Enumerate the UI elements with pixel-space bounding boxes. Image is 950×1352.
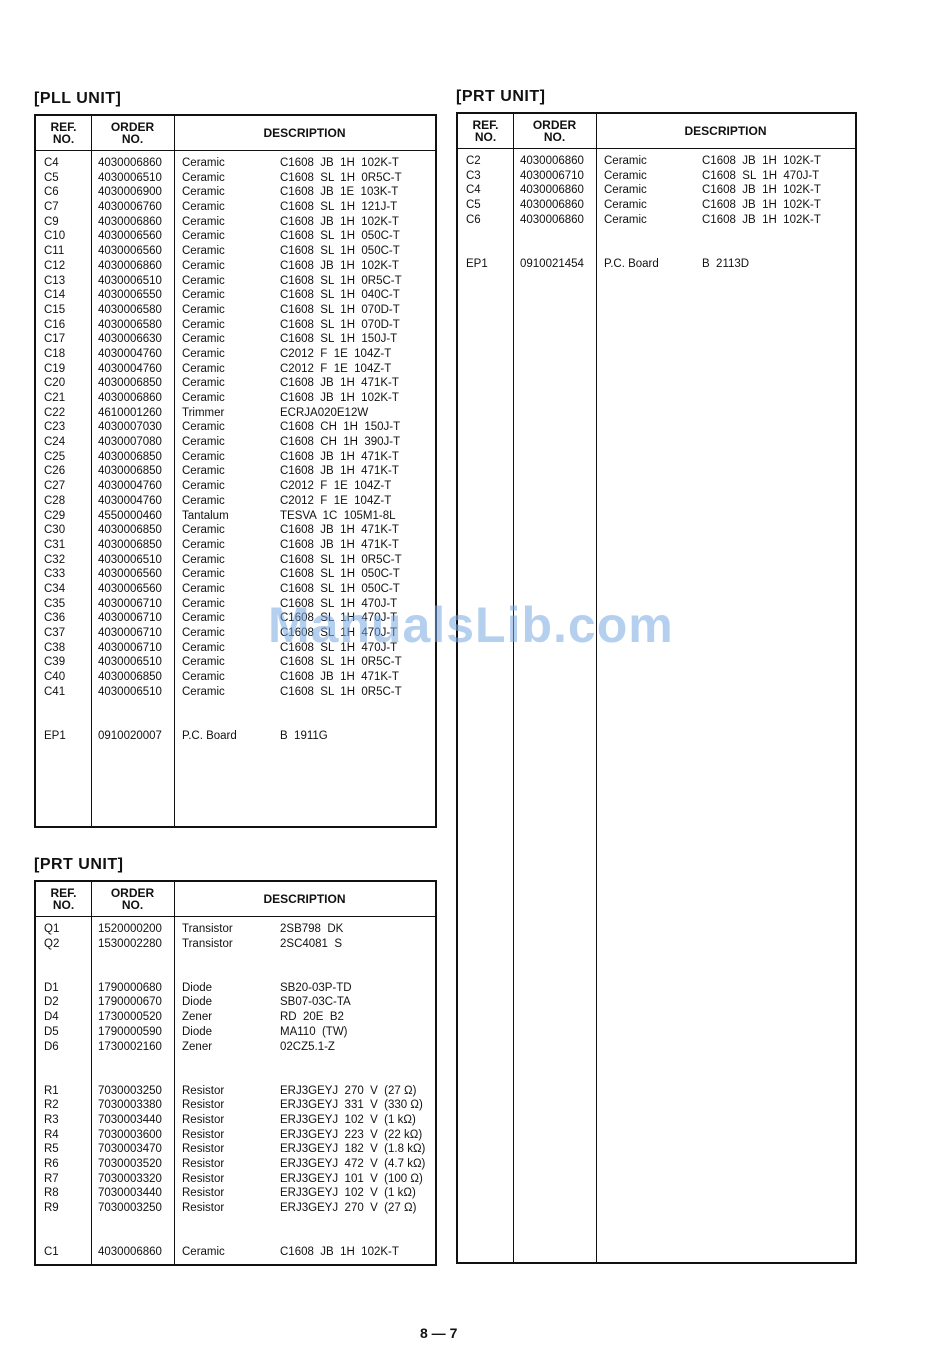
part-type: Diode xyxy=(182,995,212,1010)
table-row: C36 4030006710 Ceramic C1608 SL 1H 470J-… xyxy=(36,611,435,626)
part-type: Diode xyxy=(182,1025,212,1040)
ref-no: EP1 xyxy=(44,729,66,744)
order-no: 4030006710 xyxy=(98,597,162,612)
part-spec: SB07-03C-TA xyxy=(280,995,351,1010)
table-row: C33 4030006560 Ceramic C1608 SL 1H 050C-… xyxy=(36,567,435,582)
ref-no: Q2 xyxy=(44,937,59,952)
part-type: Ceramic xyxy=(182,362,225,377)
ref-no: C23 xyxy=(44,420,65,435)
order-no: 4030006560 xyxy=(98,244,162,259)
prt-unit-right-title: [PRT UNIT] xyxy=(456,88,545,106)
table-row: R4 7030003600 Resistor ERJ3GEYJ 223 V (2… xyxy=(36,1128,435,1143)
part-spec: C2012 F 1E 104Z-T xyxy=(280,494,391,509)
order-no: 7030003440 xyxy=(98,1186,162,1201)
order-no: 4030006860 xyxy=(520,213,584,228)
part-spec: C1608 JB 1H 102K-T xyxy=(280,259,399,274)
table-body: Q1 1520000200 Transistor 2SB798 DK Q2 15… xyxy=(36,922,435,1260)
ref-no: R7 xyxy=(44,1172,59,1187)
prt-unit-bottom-table: REF.NO. ORDERNO. DESCRIPTION Q1 15200002… xyxy=(34,880,437,1266)
part-type: Resistor xyxy=(182,1201,224,1216)
ref-no: C15 xyxy=(44,303,65,318)
header-order-no: ORDERNO. xyxy=(91,882,174,916)
part-spec: C1608 JB 1H 102K-T xyxy=(702,183,821,198)
table-row: C5 4030006510 Ceramic C1608 SL 1H 0R5C-T xyxy=(36,171,435,186)
order-no: 0910021454 xyxy=(520,257,584,272)
ref-no: C36 xyxy=(44,611,65,626)
ref-no: C5 xyxy=(466,198,481,213)
ref-no: D4 xyxy=(44,1010,59,1025)
part-type: Ceramic xyxy=(182,479,225,494)
header-order-no: ORDERNO. xyxy=(91,116,174,150)
table-row: C22 4610001260 Trimmer ECRJA020E12W xyxy=(36,406,435,421)
table-row: C41 4030006510 Ceramic C1608 SL 1H 0R5C-… xyxy=(36,685,435,700)
ref-no: C31 xyxy=(44,538,65,553)
part-spec: C1608 CH 1H 150J-T xyxy=(280,420,400,435)
part-spec: C2012 F 1E 104Z-T xyxy=(280,362,391,377)
part-spec: 2SB798 DK xyxy=(280,922,343,937)
part-spec: ERJ3GEYJ 270 V (27 Ω) xyxy=(280,1084,416,1099)
part-spec: 2SC4081 S xyxy=(280,937,342,952)
header-description: DESCRIPTION xyxy=(174,116,435,150)
order-no: 4030006580 xyxy=(98,303,162,318)
table-row: D2 1790000670 Diode SB07-03C-TA xyxy=(36,995,435,1010)
order-no: 4030006710 xyxy=(98,626,162,641)
part-type: Resistor xyxy=(182,1128,224,1143)
ref-no: C37 xyxy=(44,626,65,641)
order-no: 4030006560 xyxy=(98,567,162,582)
order-no: 4030007080 xyxy=(98,435,162,450)
ref-no: C28 xyxy=(44,494,65,509)
part-spec: ERJ3GEYJ 331 V (330 Ω) xyxy=(280,1098,423,1113)
order-no: 4030006710 xyxy=(520,169,584,184)
ref-no: C30 xyxy=(44,523,65,538)
part-spec: C1608 JB 1E 103K-T xyxy=(280,185,398,200)
part-type: Ceramic xyxy=(182,450,225,465)
order-no: 4030006860 xyxy=(98,215,162,230)
order-no: 4030006900 xyxy=(98,185,162,200)
part-type: Ceramic xyxy=(182,420,225,435)
order-no: 4030006560 xyxy=(98,229,162,244)
part-spec: ERJ3GEYJ 270 V (27 Ω) xyxy=(280,1201,416,1216)
pll-unit-title: [PLL UNIT] xyxy=(34,90,121,108)
ref-no: C9 xyxy=(44,215,59,230)
order-no: 4030006710 xyxy=(98,641,162,656)
order-no: 1730002160 xyxy=(98,1040,162,1055)
part-type: Ceramic xyxy=(182,215,225,230)
part-type: P.C. Board xyxy=(604,257,659,272)
header-ref-no: REF.NO. xyxy=(458,114,513,148)
part-spec: ERJ3GEYJ 102 V (1 kΩ) xyxy=(280,1186,416,1201)
part-type: Zener xyxy=(182,1040,212,1055)
table-row: D1 1790000680 Diode SB20-03P-TD xyxy=(36,981,435,996)
part-type: Ceramic xyxy=(182,685,225,700)
ref-no: C39 xyxy=(44,655,65,670)
page-number: 8 — 7 xyxy=(420,1325,457,1341)
order-no: 4030006510 xyxy=(98,655,162,670)
part-spec: C1608 SL 1H 470J-T xyxy=(280,611,397,626)
part-spec: SB20-03P-TD xyxy=(280,981,352,996)
order-no: 4030006850 xyxy=(98,523,162,538)
part-spec: C1608 JB 1H 102K-T xyxy=(702,198,821,213)
ref-no: R3 xyxy=(44,1113,59,1128)
order-no: 4030006630 xyxy=(98,332,162,347)
part-type: Ceramic xyxy=(182,1245,225,1260)
ref-no: C20 xyxy=(44,376,65,391)
order-no: 4030006510 xyxy=(98,685,162,700)
part-type: Resistor xyxy=(182,1186,224,1201)
order-no: 4030006860 xyxy=(98,259,162,274)
ref-no: R5 xyxy=(44,1142,59,1157)
table-row: C4 4030006860 Ceramic C1608 JB 1H 102K-T xyxy=(36,156,435,171)
prt-unit-right-table: REF.NO. ORDERNO. DESCRIPTION C2 40300068… xyxy=(456,112,857,1264)
table-row: C20 4030006850 Ceramic C1608 JB 1H 471K-… xyxy=(36,376,435,391)
table-row: C39 4030006510 Ceramic C1608 SL 1H 0R5C-… xyxy=(36,655,435,670)
part-type: Ceramic xyxy=(182,597,225,612)
part-type: Ceramic xyxy=(182,538,225,553)
order-no: 4030006860 xyxy=(98,391,162,406)
part-spec: C1608 SL 1H 150J-T xyxy=(280,332,397,347)
table-row: C30 4030006850 Ceramic C1608 JB 1H 471K-… xyxy=(36,523,435,538)
part-type: Transistor xyxy=(182,922,233,937)
ref-no: C12 xyxy=(44,259,65,274)
part-spec: C1608 SL 1H 070D-T xyxy=(280,318,400,333)
order-no: 1790000670 xyxy=(98,995,162,1010)
table-row: Q1 1520000200 Transistor 2SB798 DK xyxy=(36,922,435,937)
ref-no: D6 xyxy=(44,1040,59,1055)
order-no: 4030004760 xyxy=(98,494,162,509)
table-row: C23 4030007030 Ceramic C1608 CH 1H 150J-… xyxy=(36,420,435,435)
part-spec: ECRJA020E12W xyxy=(280,406,368,421)
table-row: C9 4030006860 Ceramic C1608 JB 1H 102K-T xyxy=(36,215,435,230)
part-spec: C1608 JB 1H 471K-T xyxy=(280,670,399,685)
part-type: Ceramic xyxy=(182,171,225,186)
part-type: Resistor xyxy=(182,1098,224,1113)
part-spec: ERJ3GEYJ 223 V (22 kΩ) xyxy=(280,1128,422,1143)
part-spec: 02CZ5.1-Z xyxy=(280,1040,335,1055)
ref-no: Q1 xyxy=(44,922,59,937)
part-type: Ceramic xyxy=(604,198,647,213)
order-no: 7030003250 xyxy=(98,1201,162,1216)
order-no: 4030006580 xyxy=(98,318,162,333)
table-header: REF.NO. ORDERNO. DESCRIPTION xyxy=(36,116,435,151)
table-row: R5 7030003470 Resistor ERJ3GEYJ 182 V (1… xyxy=(36,1142,435,1157)
part-spec: MA110 (TW) xyxy=(280,1025,348,1040)
ref-no: R9 xyxy=(44,1201,59,1216)
table-row: D6 1730002160 Zener 02CZ5.1-Z xyxy=(36,1040,435,1055)
spacer-row xyxy=(458,242,855,257)
part-spec: C1608 JB 1H 102K-T xyxy=(280,391,399,406)
part-spec: TESVA 1C 105M1-8L xyxy=(280,509,395,524)
ref-no: C29 xyxy=(44,509,65,524)
table-row: C3 4030006710 Ceramic C1608 SL 1H 470J-T xyxy=(458,169,855,184)
part-type: Ceramic xyxy=(182,464,225,479)
order-no: 7030003250 xyxy=(98,1084,162,1099)
order-no: 7030003320 xyxy=(98,1172,162,1187)
part-type: Ceramic xyxy=(182,670,225,685)
ref-no: C6 xyxy=(466,213,481,228)
table-row: C15 4030006580 Ceramic C1608 SL 1H 070D-… xyxy=(36,303,435,318)
order-no: 4030004760 xyxy=(98,362,162,377)
table-row: C2 4030006860 Ceramic C1608 JB 1H 102K-T xyxy=(458,154,855,169)
part-spec: C2012 F 1E 104Z-T xyxy=(280,347,391,362)
part-spec: C1608 SL 1H 470J-T xyxy=(702,169,819,184)
part-type: Resistor xyxy=(182,1084,224,1099)
part-type: Diode xyxy=(182,981,212,996)
part-type: Zener xyxy=(182,1010,212,1025)
table-row: C7 4030006760 Ceramic C1608 SL 1H 121J-T xyxy=(36,200,435,215)
table-row: R8 7030003440 Resistor ERJ3GEYJ 102 V (1… xyxy=(36,1186,435,1201)
prt-unit-bottom-title: [PRT UNIT] xyxy=(34,856,123,874)
table-row: R3 7030003440 Resistor ERJ3GEYJ 102 V (1… xyxy=(36,1113,435,1128)
order-no: 4030006550 xyxy=(98,288,162,303)
part-type: Ceramic xyxy=(182,567,225,582)
part-spec: ERJ3GEYJ 182 V (1.8 kΩ) xyxy=(280,1142,425,1157)
table-row: C24 4030007080 Ceramic C1608 CH 1H 390J-… xyxy=(36,435,435,450)
header-order-no: ORDERNO. xyxy=(513,114,596,148)
part-spec: C1608 SL 1H 050C-T xyxy=(280,567,400,582)
ref-no: R6 xyxy=(44,1157,59,1172)
part-spec: C1608 SL 1H 050C-T xyxy=(280,582,400,597)
ref-no: C3 xyxy=(466,169,481,184)
part-spec: C1608 CH 1H 390J-T xyxy=(280,435,400,450)
part-type: P.C. Board xyxy=(182,729,237,744)
table-row: C17 4030006630 Ceramic C1608 SL 1H 150J-… xyxy=(36,332,435,347)
ref-no: C40 xyxy=(44,670,65,685)
order-no: 0910020007 xyxy=(98,729,162,744)
order-no: 4030004760 xyxy=(98,347,162,362)
column-divider xyxy=(513,114,514,1262)
order-no: 4030006760 xyxy=(98,200,162,215)
part-type: Ceramic xyxy=(604,213,647,228)
order-no: 4030006510 xyxy=(98,274,162,289)
order-no: 7030003440 xyxy=(98,1113,162,1128)
part-type: Tantalum xyxy=(182,509,229,524)
part-spec: ERJ3GEYJ 472 V (4.7 kΩ) xyxy=(280,1157,425,1172)
ref-no: C6 xyxy=(44,185,59,200)
part-spec: B 1911G xyxy=(280,729,328,744)
order-no: 7030003600 xyxy=(98,1128,162,1143)
order-no: 4030006860 xyxy=(520,183,584,198)
part-type: Ceramic xyxy=(182,494,225,509)
table-header: REF.NO. ORDERNO. DESCRIPTION xyxy=(36,882,435,917)
part-type: Trimmer xyxy=(182,406,224,421)
ref-no: C21 xyxy=(44,391,65,406)
table-row: C37 4030006710 Ceramic C1608 SL 1H 470J-… xyxy=(36,626,435,641)
part-spec: C1608 SL 1H 0R5C-T xyxy=(280,171,402,186)
part-spec: C1608 SL 1H 0R5C-T xyxy=(280,655,402,670)
table-row: R6 7030003520 Resistor ERJ3GEYJ 472 V (4… xyxy=(36,1157,435,1172)
order-no: 4030006710 xyxy=(98,611,162,626)
table-row: C6 4030006900 Ceramic C1608 JB 1E 103K-T xyxy=(36,185,435,200)
order-no: 4030006850 xyxy=(98,376,162,391)
table-row: C11 4030006560 Ceramic C1608 SL 1H 050C-… xyxy=(36,244,435,259)
ref-no: R4 xyxy=(44,1128,59,1143)
order-no: 4030006860 xyxy=(520,198,584,213)
ref-no: R8 xyxy=(44,1186,59,1201)
part-type: Ceramic xyxy=(182,318,225,333)
table-row: C34 4030006560 Ceramic C1608 SL 1H 050C-… xyxy=(36,582,435,597)
table-row: D5 1790000590 Diode MA110 (TW) xyxy=(36,1025,435,1040)
order-no: 7030003380 xyxy=(98,1098,162,1113)
part-type: Ceramic xyxy=(182,391,225,406)
part-type: Ceramic xyxy=(182,553,225,568)
part-type: Ceramic xyxy=(182,185,225,200)
order-no: 4030006860 xyxy=(98,156,162,171)
ref-no: D1 xyxy=(44,981,59,996)
order-no: 4030006850 xyxy=(98,670,162,685)
table-row: C12 4030006860 Ceramic C1608 JB 1H 102K-… xyxy=(36,259,435,274)
table-row: C35 4030006710 Ceramic C1608 SL 1H 470J-… xyxy=(36,597,435,612)
ref-no: C13 xyxy=(44,274,65,289)
part-type: Ceramic xyxy=(182,303,225,318)
table-row: R2 7030003380 Resistor ERJ3GEYJ 331 V (3… xyxy=(36,1098,435,1113)
order-no: 4030006510 xyxy=(98,553,162,568)
part-spec: C1608 JB 1H 471K-T xyxy=(280,376,399,391)
order-no: 4030006850 xyxy=(98,538,162,553)
part-spec: C1608 SL 1H 470J-T xyxy=(280,641,397,656)
part-spec: C1608 JB 1H 471K-T xyxy=(280,523,399,538)
part-type: Ceramic xyxy=(182,626,225,641)
order-no: 4030006850 xyxy=(98,450,162,465)
order-no: 4030006560 xyxy=(98,582,162,597)
part-spec: C1608 JB 1H 471K-T xyxy=(280,538,399,553)
ref-no: C7 xyxy=(44,200,59,215)
table-body: C4 4030006860 Ceramic C1608 JB 1H 102K-T… xyxy=(36,156,435,744)
table-row: C14 4030006550 Ceramic C1608 SL 1H 040C-… xyxy=(36,288,435,303)
ref-no: C1 xyxy=(44,1245,59,1260)
order-no: 1790000680 xyxy=(98,981,162,996)
part-type: Ceramic xyxy=(182,523,225,538)
table-row: C5 4030006860 Ceramic C1608 JB 1H 102K-T xyxy=(458,198,855,213)
ref-no: C16 xyxy=(44,318,65,333)
table-row: C28 4030004760 Ceramic C2012 F 1E 104Z-T xyxy=(36,494,435,509)
ref-no: C27 xyxy=(44,479,65,494)
order-no: 7030003520 xyxy=(98,1157,162,1172)
spacer-row xyxy=(36,951,435,966)
order-no: 7030003470 xyxy=(98,1142,162,1157)
part-type: Ceramic xyxy=(182,376,225,391)
part-spec: C1608 SL 1H 470J-T xyxy=(280,626,397,641)
ref-no: C5 xyxy=(44,171,59,186)
table-row: C19 4030004760 Ceramic C2012 F 1E 104Z-T xyxy=(36,362,435,377)
part-type: Ceramic xyxy=(182,332,225,347)
part-type: Ceramic xyxy=(182,655,225,670)
part-spec: C2012 F 1E 104Z-T xyxy=(280,479,391,494)
part-spec: C1608 SL 1H 050C-T xyxy=(280,244,400,259)
column-divider xyxy=(596,114,597,1262)
table-row: R7 7030003320 Resistor ERJ3GEYJ 101 V (1… xyxy=(36,1172,435,1187)
part-spec: ERJ3GEYJ 101 V (100 Ω) xyxy=(280,1172,423,1187)
part-spec: C1608 SL 1H 121J-T xyxy=(280,200,397,215)
spacer-row xyxy=(36,1054,435,1069)
table-row: D4 1730000520 Zener RD 20E B2 xyxy=(36,1010,435,1025)
table-row: C21 4030006860 Ceramic C1608 JB 1H 102K-… xyxy=(36,391,435,406)
part-spec: C1608 JB 1H 471K-T xyxy=(280,464,399,479)
ref-no: C11 xyxy=(44,244,64,259)
part-spec: C1608 SL 1H 0R5C-T xyxy=(280,274,402,289)
table-row: C40 4030006850 Ceramic C1608 JB 1H 471K-… xyxy=(36,670,435,685)
ref-no: D2 xyxy=(44,995,59,1010)
part-spec: C1608 SL 1H 0R5C-T xyxy=(280,553,402,568)
header-description: DESCRIPTION xyxy=(596,114,855,148)
part-spec: C1608 SL 1H 470J-T xyxy=(280,597,397,612)
part-spec: C1608 SL 1H 0R5C-T xyxy=(280,685,402,700)
order-no: 4030006860 xyxy=(98,1245,162,1260)
part-type: Ceramic xyxy=(182,259,225,274)
header-ref-no: REF.NO. xyxy=(36,116,91,150)
part-spec: B 2113D xyxy=(702,257,749,272)
ref-no: C38 xyxy=(44,641,65,656)
part-spec: C1608 SL 1H 070D-T xyxy=(280,303,400,318)
part-type: Ceramic xyxy=(182,274,225,289)
ref-no: EP1 xyxy=(466,257,488,272)
order-no: 1520000200 xyxy=(98,922,162,937)
table-row: C32 4030006510 Ceramic C1608 SL 1H 0R5C-… xyxy=(36,553,435,568)
order-no: 4030006510 xyxy=(98,171,162,186)
table-row: C27 4030004760 Ceramic C2012 F 1E 104Z-T xyxy=(36,479,435,494)
table-row: C6 4030006860 Ceramic C1608 JB 1H 102K-T xyxy=(458,213,855,228)
spacer-row xyxy=(36,966,435,981)
table-row: C26 4030006850 Ceramic C1608 JB 1H 471K-… xyxy=(36,464,435,479)
part-type: Ceramic xyxy=(182,347,225,362)
part-type: Ceramic xyxy=(604,169,647,184)
spacer-row xyxy=(36,1069,435,1084)
spacer-row xyxy=(36,714,435,729)
part-type: Ceramic xyxy=(604,154,647,169)
ref-no: C2 xyxy=(466,154,481,169)
table-row: EP1 0910020007 P.C. Board B 1911G xyxy=(36,729,435,744)
ref-no: C22 xyxy=(44,406,65,421)
ref-no: C26 xyxy=(44,464,65,479)
part-spec: C1608 SL 1H 050C-T xyxy=(280,229,400,244)
table-header: REF.NO. ORDERNO. DESCRIPTION xyxy=(458,114,855,149)
order-no: 4030006850 xyxy=(98,464,162,479)
part-type: Ceramic xyxy=(182,156,225,171)
order-no: 4030006860 xyxy=(520,154,584,169)
table-row: C38 4030006710 Ceramic C1608 SL 1H 470J-… xyxy=(36,641,435,656)
ref-no: C10 xyxy=(44,229,65,244)
table-row: R9 7030003250 Resistor ERJ3GEYJ 270 V (2… xyxy=(36,1201,435,1216)
part-type: Ceramic xyxy=(604,183,647,198)
part-spec: C1608 JB 1H 102K-T xyxy=(702,213,821,228)
table-row: C25 4030006850 Ceramic C1608 JB 1H 471K-… xyxy=(36,450,435,465)
part-type: Ceramic xyxy=(182,641,225,656)
part-type: Ceramic xyxy=(182,611,225,626)
ref-no: C4 xyxy=(44,156,59,171)
part-type: Ceramic xyxy=(182,200,225,215)
part-type: Resistor xyxy=(182,1172,224,1187)
table-row: Q2 1530002280 Transistor 2SC4081 S xyxy=(36,937,435,952)
ref-no: C4 xyxy=(466,183,481,198)
table-row: EP1 0910021454 P.C. Board B 2113D xyxy=(458,257,855,272)
spacer-row xyxy=(36,1216,435,1231)
spacer-row xyxy=(36,1230,435,1245)
part-type: Resistor xyxy=(182,1157,224,1172)
pll-unit-table: REF.NO. ORDERNO. DESCRIPTION C4 40300068… xyxy=(34,114,437,828)
part-spec: C1608 JB 1H 102K-T xyxy=(280,215,399,230)
part-spec: C1608 JB 1H 471K-T xyxy=(280,450,399,465)
ref-no: C18 xyxy=(44,347,65,362)
ref-no: C33 xyxy=(44,567,65,582)
ref-no: C32 xyxy=(44,553,65,568)
ref-no: C19 xyxy=(44,362,65,377)
ref-no: C17 xyxy=(44,332,65,347)
table-row: R1 7030003250 Resistor ERJ3GEYJ 270 V (2… xyxy=(36,1084,435,1099)
table-row: C10 4030006560 Ceramic C1608 SL 1H 050C-… xyxy=(36,229,435,244)
part-spec: C1608 JB 1H 102K-T xyxy=(280,156,399,171)
ref-no: C14 xyxy=(44,288,65,303)
part-spec: ERJ3GEYJ 102 V (1 kΩ) xyxy=(280,1113,416,1128)
